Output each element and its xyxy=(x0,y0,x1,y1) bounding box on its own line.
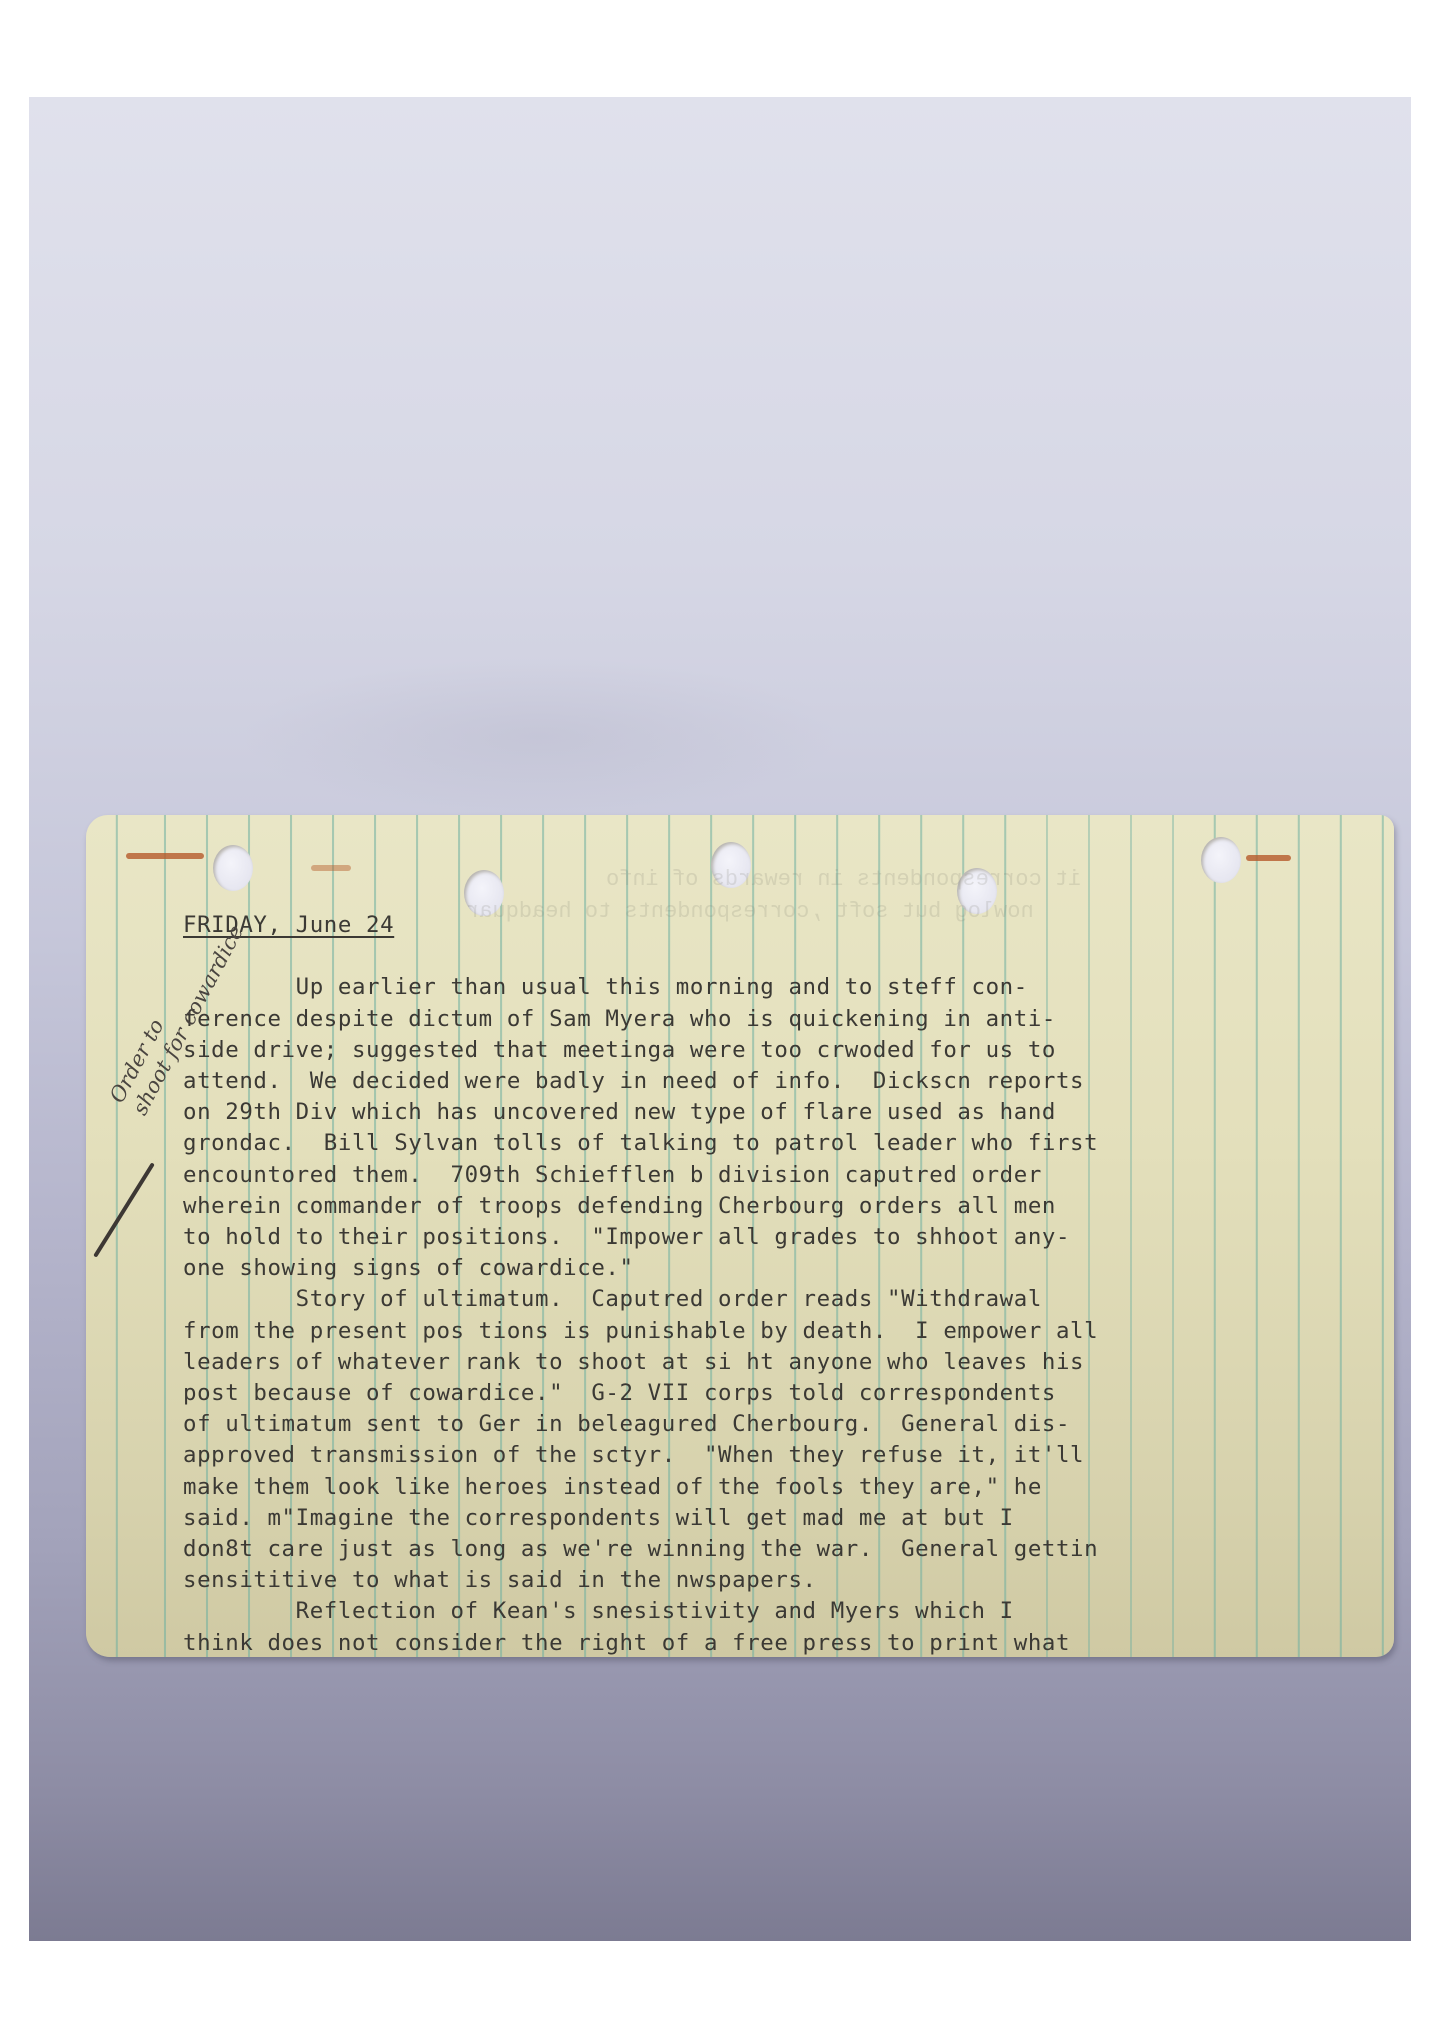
rust-stain-right xyxy=(1246,855,1291,861)
punch-hole-5 xyxy=(1201,837,1241,883)
photo-background: it correspondents in rewards of info now… xyxy=(29,97,1411,1941)
rust-stain-left xyxy=(126,853,204,859)
punch-hole-1 xyxy=(213,845,253,891)
bleed-through-text: it correspondents in rewards of info xyxy=(606,867,1081,892)
body-text: Up earlier than usual this morning and t… xyxy=(183,974,1098,1655)
faint-shadow xyxy=(239,657,839,817)
rust-stain-mid xyxy=(311,865,351,871)
typed-text: FRIDAY, June 24 Up earlier than usual th… xyxy=(183,910,1383,1657)
lined-note-card: it correspondents in rewards of info now… xyxy=(86,815,1394,1657)
